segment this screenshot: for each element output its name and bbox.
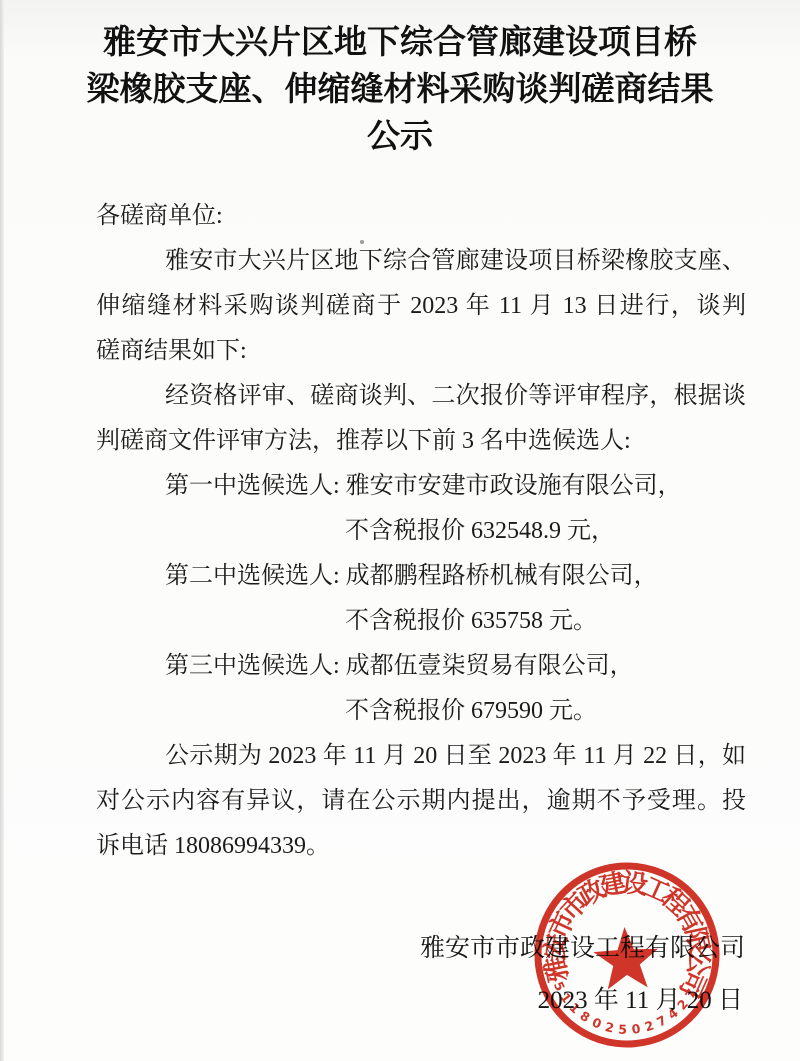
body-line: 不含税报价 635758 元。 [345, 599, 746, 644]
company-seal: 雅安市市政建设工程有限公司 5118025027427 [527, 855, 727, 1055]
seal-group: 雅安市市政建设工程有限公司 5118025027427 [528, 856, 726, 1054]
title-line-2: 梁橡胶支座、伸缩缝材料采购谈判磋商结果 [40, 65, 760, 112]
body-line: 第二中选候选人: 成都鹏程路桥机械有限公司， [165, 554, 746, 599]
body-line: 对公示内容有异议，请在公示期内提出，逾期不予受理。投 [96, 779, 746, 824]
body-text: 各磋商单位:雅安市大兴片区地下综合管廊建设项目桥梁橡胶支座、伸缩缝材料采购谈判磋… [96, 194, 746, 869]
body-line: 不含税报价 679590 元。 [345, 689, 746, 734]
body-line: 判磋商文件评审方法，推荐以下前 3 名中选候选人: [96, 419, 746, 464]
body-line: 经资格评审、磋商谈判、二次报价等评审程序，根据谈 [165, 374, 746, 419]
body-line: 雅安市大兴片区地下综合管廊建设项目桥梁橡胶支座、 [165, 239, 746, 284]
scanned-document-page: 雅安市大兴片区地下综合管廊建设项目桥 梁橡胶支座、伸缩缝材料采购谈判磋商结果 公… [0, 0, 800, 1061]
title-line-1: 雅安市大兴片区地下综合管廊建设项目桥 [40, 18, 760, 65]
body-line: 第三中选候选人: 成都伍壹柒贸易有限公司， [165, 644, 746, 689]
body-line: 伸缩缝材料采购谈判磋商于 2023 年 11 月 13 日进行，谈判 [96, 284, 746, 329]
body-line: 公示期为 2023 年 11 月 20 日至 2023 年 11 月 22 日，… [165, 734, 746, 779]
body-line: 磋商结果如下: [96, 329, 746, 374]
seal-star-icon [592, 925, 660, 990]
document-title: 雅安市大兴片区地下综合管廊建设项目桥 梁橡胶支座、伸缩缝材料采购谈判磋商结果 公… [40, 18, 760, 159]
body-line: 各磋商单位: [96, 194, 746, 239]
body-line: 第一中选候选人: 雅安市安建市政设施有限公司， [165, 464, 746, 509]
title-line-3: 公示 [40, 112, 760, 159]
body-line: 不含税报价 632548.9 元， [345, 509, 746, 554]
